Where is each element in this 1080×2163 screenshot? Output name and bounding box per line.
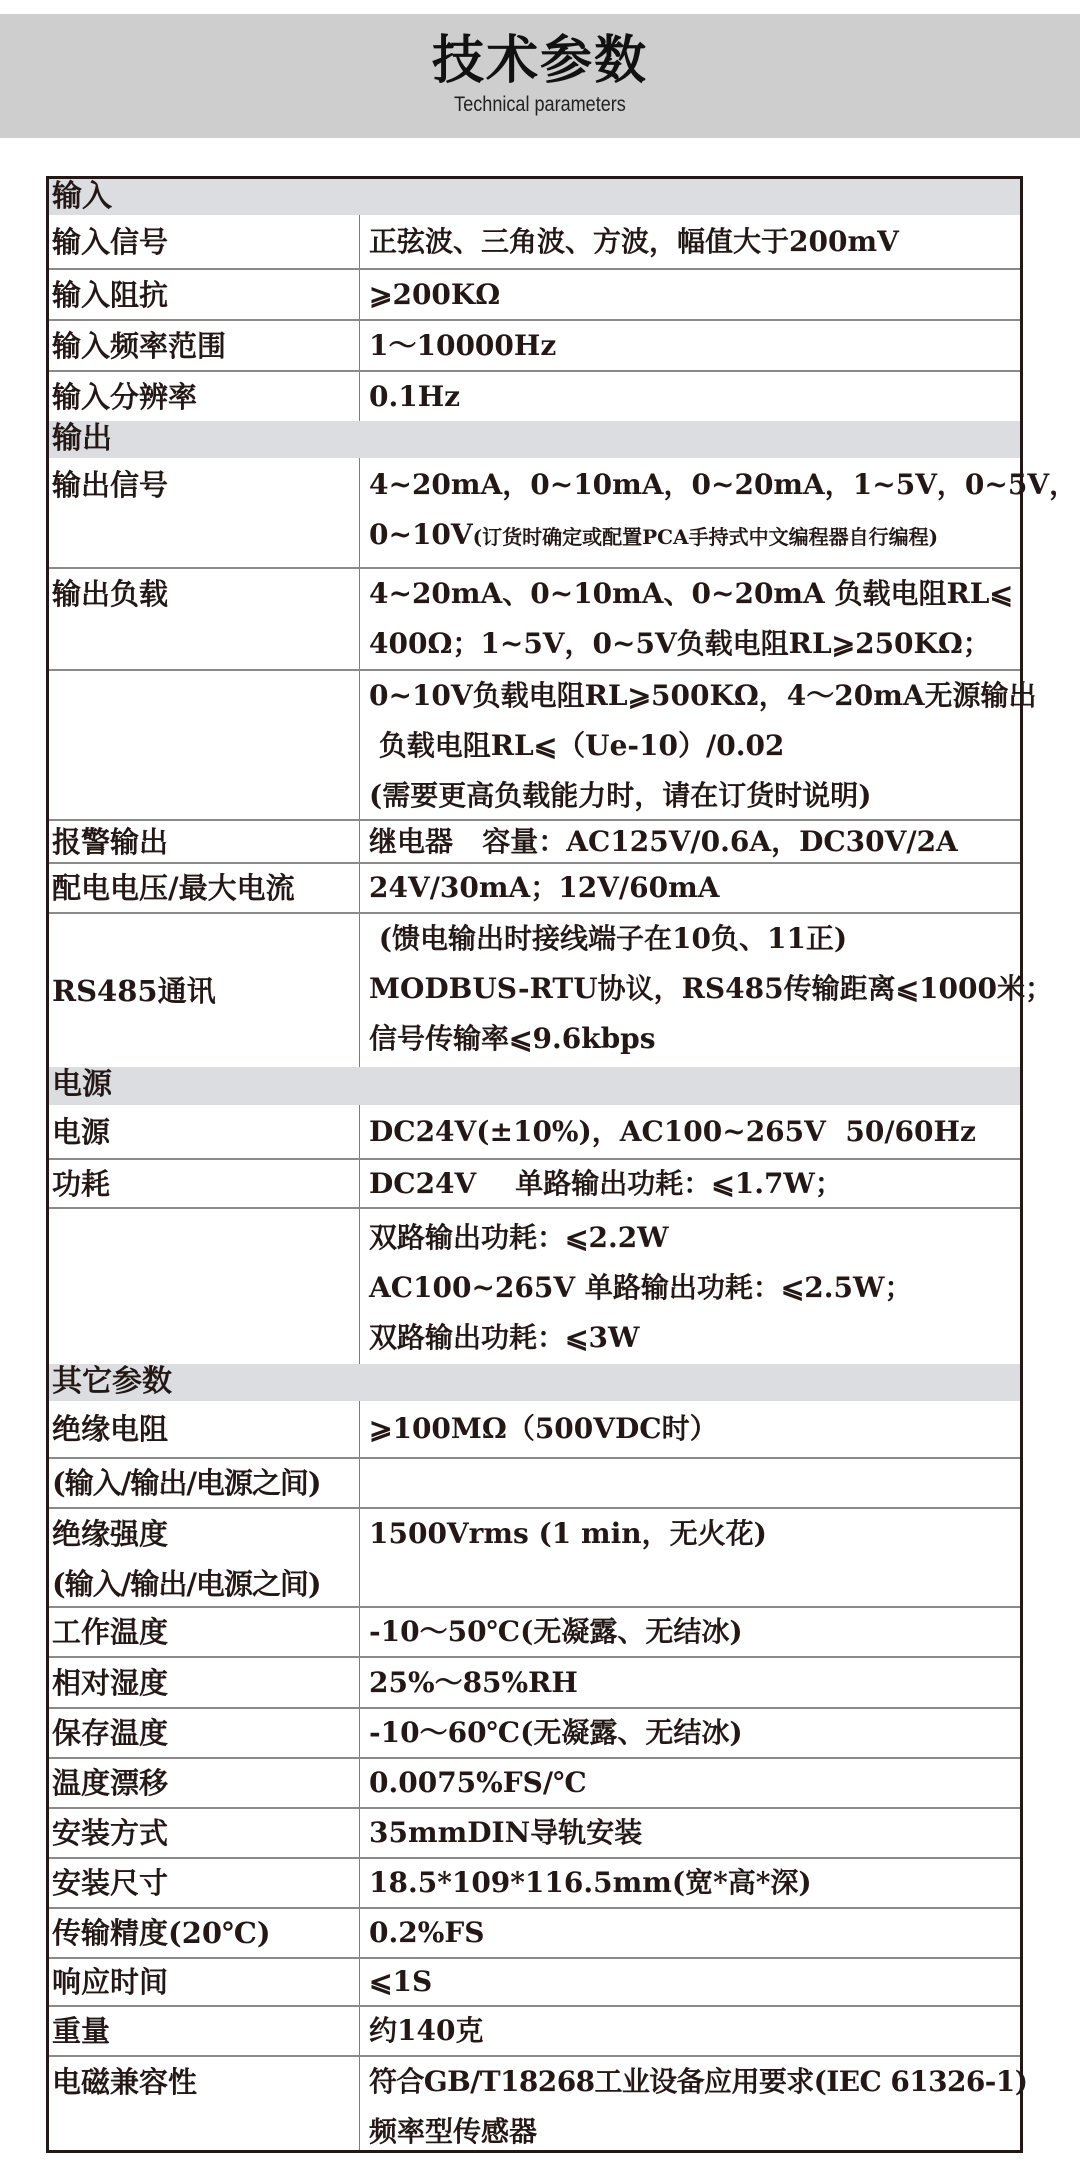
row-label: 重量 xyxy=(52,2007,357,2055)
row-label: (输入/输出/电源之间) xyxy=(52,1459,357,1507)
table-row: 输出负载 4~20mA、0~10mA、0~20mA 负载电阻RL⩽ 400Ω；1… xyxy=(49,567,1020,669)
row-label: 工作温度 xyxy=(52,1608,357,1656)
row-value: -10～50℃(无凝露、无结冰) xyxy=(369,1608,1016,1656)
row-value: DC24V 单路输出功耗：⩽1.7W； xyxy=(369,1160,1016,1207)
row-value: 0.1Hz xyxy=(369,372,1016,421)
row-value: 24V/30mA；12V/60mA xyxy=(369,864,1016,912)
table-row: 相对湿度 25%～85%RH xyxy=(49,1656,1020,1707)
row-value: 4~20mA、0~10mA、0~20mA 负载电阻RL⩽ 400Ω；1~5V，0… xyxy=(369,569,1016,669)
row-label: 温度漂移 xyxy=(52,1759,357,1807)
row-label: 绝缘电阻 xyxy=(52,1401,357,1457)
row-label: 输入分辨率 xyxy=(52,372,357,421)
row-label: 绝缘强度 (输入/输出/电源之间) xyxy=(52,1509,357,1606)
row-label: 保存温度 xyxy=(52,1709,357,1757)
table-row: 重量 约140克 xyxy=(49,2005,1020,2055)
table-row: 安装尺寸 18.5*109*116.5mm(宽*高*深) xyxy=(49,1857,1020,1907)
section-label: 其它参数 xyxy=(52,1364,357,1401)
table-row: (输入/输出/电源之间) xyxy=(49,1457,1020,1507)
row-value: 符合GB/T18268工业设备应用要求(IEC 61326-1) 频率型传感器 xyxy=(369,2057,1016,2150)
table-row: 配电电压/最大电流 24V/30mA；12V/60mA xyxy=(49,862,1020,912)
table-row: 电磁兼容性 符合GB/T18268工业设备应用要求(IEC 61326-1) 频… xyxy=(49,2055,1020,2150)
row-value: 双路输出功耗：⩽2.2W AC100~265V 单路输出功耗：⩽2.5W； 双路… xyxy=(369,1209,1016,1364)
table-row: 安装方式 35mmDIN导轨安装 xyxy=(49,1807,1020,1857)
row-label: 输入阻抗 xyxy=(52,270,357,319)
spec-table: 输入 输入信号 正弦波、三角波、方波，幅值大于200mV 输入阻抗 ⩾200KΩ… xyxy=(46,176,1023,2153)
table-row: 输入分辨率 0.1Hz xyxy=(49,370,1020,421)
section-row-other: 其它参数 xyxy=(49,1364,1020,1401)
row-value: -10～60℃(无凝露、无结冰) xyxy=(369,1709,1016,1757)
section-row-output: 输出 xyxy=(49,421,1020,458)
table-row: 输入频率范围 1～10000Hz xyxy=(49,319,1020,370)
table-row: 传输精度(20℃) 0.2%FS xyxy=(49,1907,1020,1957)
row-value: ⩾200KΩ xyxy=(369,270,1016,319)
row-value: 0.0075%FS/℃ xyxy=(369,1759,1016,1807)
table-row: 绝缘电阻 ⩾100MΩ（500VDC时） xyxy=(49,1401,1020,1457)
section-label: 输出 xyxy=(52,421,357,458)
row-value: 正弦波、三角波、方波，幅值大于200mV xyxy=(369,215,1016,268)
row-label: RS485通讯 xyxy=(52,914,357,1067)
row-label: 传输精度(20℃) xyxy=(52,1909,357,1957)
row-value: 0~10V负载电阻RL⩾500KΩ，4～20mA无源输出 负载电阻RL⩽（Ue-… xyxy=(369,671,1016,819)
row-value: 25%～85%RH xyxy=(369,1658,1016,1707)
row-label: 报警输出 xyxy=(52,821,357,862)
table-row: 工作温度 -10～50℃(无凝露、无结冰) xyxy=(49,1606,1020,1656)
row-value: 1500Vrms (1 min，无火花) xyxy=(369,1509,1016,1606)
row-label: 电磁兼容性 xyxy=(52,2057,357,2150)
row-value: (馈电输出时接线端子在10负、11正) MODBUS-RTU协议，RS485传输… xyxy=(369,914,1016,1067)
row-value: 继电器 容量：AC125V/0.6A，DC30V/2A xyxy=(369,821,1016,862)
row-value: 35mmDIN导轨安装 xyxy=(369,1809,1016,1857)
row-value: ⩽1S xyxy=(369,1959,1016,2005)
table-row: 电源 DC24V(±10%)，AC100~265V 50/60Hz xyxy=(49,1105,1020,1158)
page-subtitle: Technical parameters xyxy=(76,92,1005,118)
table-row: 双路输出功耗：⩽2.2W AC100~265V 单路输出功耗：⩽2.5W； 双路… xyxy=(49,1207,1020,1364)
row-label xyxy=(52,671,357,819)
row-label: 输入频率范围 xyxy=(52,321,357,370)
row-label: 安装尺寸 xyxy=(52,1859,357,1907)
table-row: 输出信号 4~20mA，0~10mA，0~20mA，1~5V，0~5V， 0~1… xyxy=(49,458,1020,567)
section-label: 输入 xyxy=(52,179,357,215)
row-label: 配电电压/最大电流 xyxy=(52,864,357,912)
table-row: 绝缘强度 (输入/输出/电源之间) 1500Vrms (1 min，无火花) xyxy=(49,1507,1020,1606)
row-value: 约140克 xyxy=(369,2007,1016,2055)
row-label: 输入信号 xyxy=(52,215,357,268)
page-title: 技术参数 xyxy=(0,26,1080,96)
table-row: 0~10V负载电阻RL⩾500KΩ，4～20mA无源输出 负载电阻RL⩽（Ue-… xyxy=(49,669,1020,819)
row-label: 输出信号 xyxy=(52,458,357,567)
table-row: 报警输出 继电器 容量：AC125V/0.6A，DC30V/2A xyxy=(49,819,1020,862)
row-label: 安装方式 xyxy=(52,1809,357,1857)
row-value: DC24V(±10%)，AC100~265V 50/60Hz xyxy=(369,1105,1016,1158)
section-row-input: 输入 xyxy=(49,179,1020,215)
section-label: 电源 xyxy=(52,1067,357,1105)
row-label: 功耗 xyxy=(52,1160,357,1207)
table-row: 响应时间 ⩽1S xyxy=(49,1957,1020,2005)
section-row-power: 电源 xyxy=(49,1067,1020,1105)
row-label: 相对湿度 xyxy=(52,1658,357,1707)
row-value: 18.5*109*116.5mm(宽*高*深) xyxy=(369,1859,1016,1907)
table-row: 输入阻抗 ⩾200KΩ xyxy=(49,268,1020,319)
row-value: 4~20mA，0~10mA，0~20mA，1~5V，0~5V， 0~10V(订货… xyxy=(369,458,1016,567)
table-row: 功耗 DC24V 单路输出功耗：⩽1.7W； xyxy=(49,1158,1020,1207)
row-value: 0.2%FS xyxy=(369,1909,1016,1957)
table-row: 保存温度 -10～60℃(无凝露、无结冰) xyxy=(49,1707,1020,1757)
table-row: 输入信号 正弦波、三角波、方波，幅值大于200mV xyxy=(49,215,1020,268)
table-row: 温度漂移 0.0075%FS/℃ xyxy=(49,1757,1020,1807)
row-value: 1～10000Hz xyxy=(369,321,1016,370)
row-label: 响应时间 xyxy=(52,1959,357,2005)
row-value xyxy=(369,1459,1016,1507)
row-value: ⩾100MΩ（500VDC时） xyxy=(369,1401,1016,1457)
row-label: 电源 xyxy=(52,1105,357,1158)
row-label xyxy=(52,1209,357,1364)
row-label: 输出负载 xyxy=(52,569,357,669)
table-row: RS485通讯 (馈电输出时接线端子在10负、11正) MODBUS-RTU协议… xyxy=(49,912,1020,1067)
